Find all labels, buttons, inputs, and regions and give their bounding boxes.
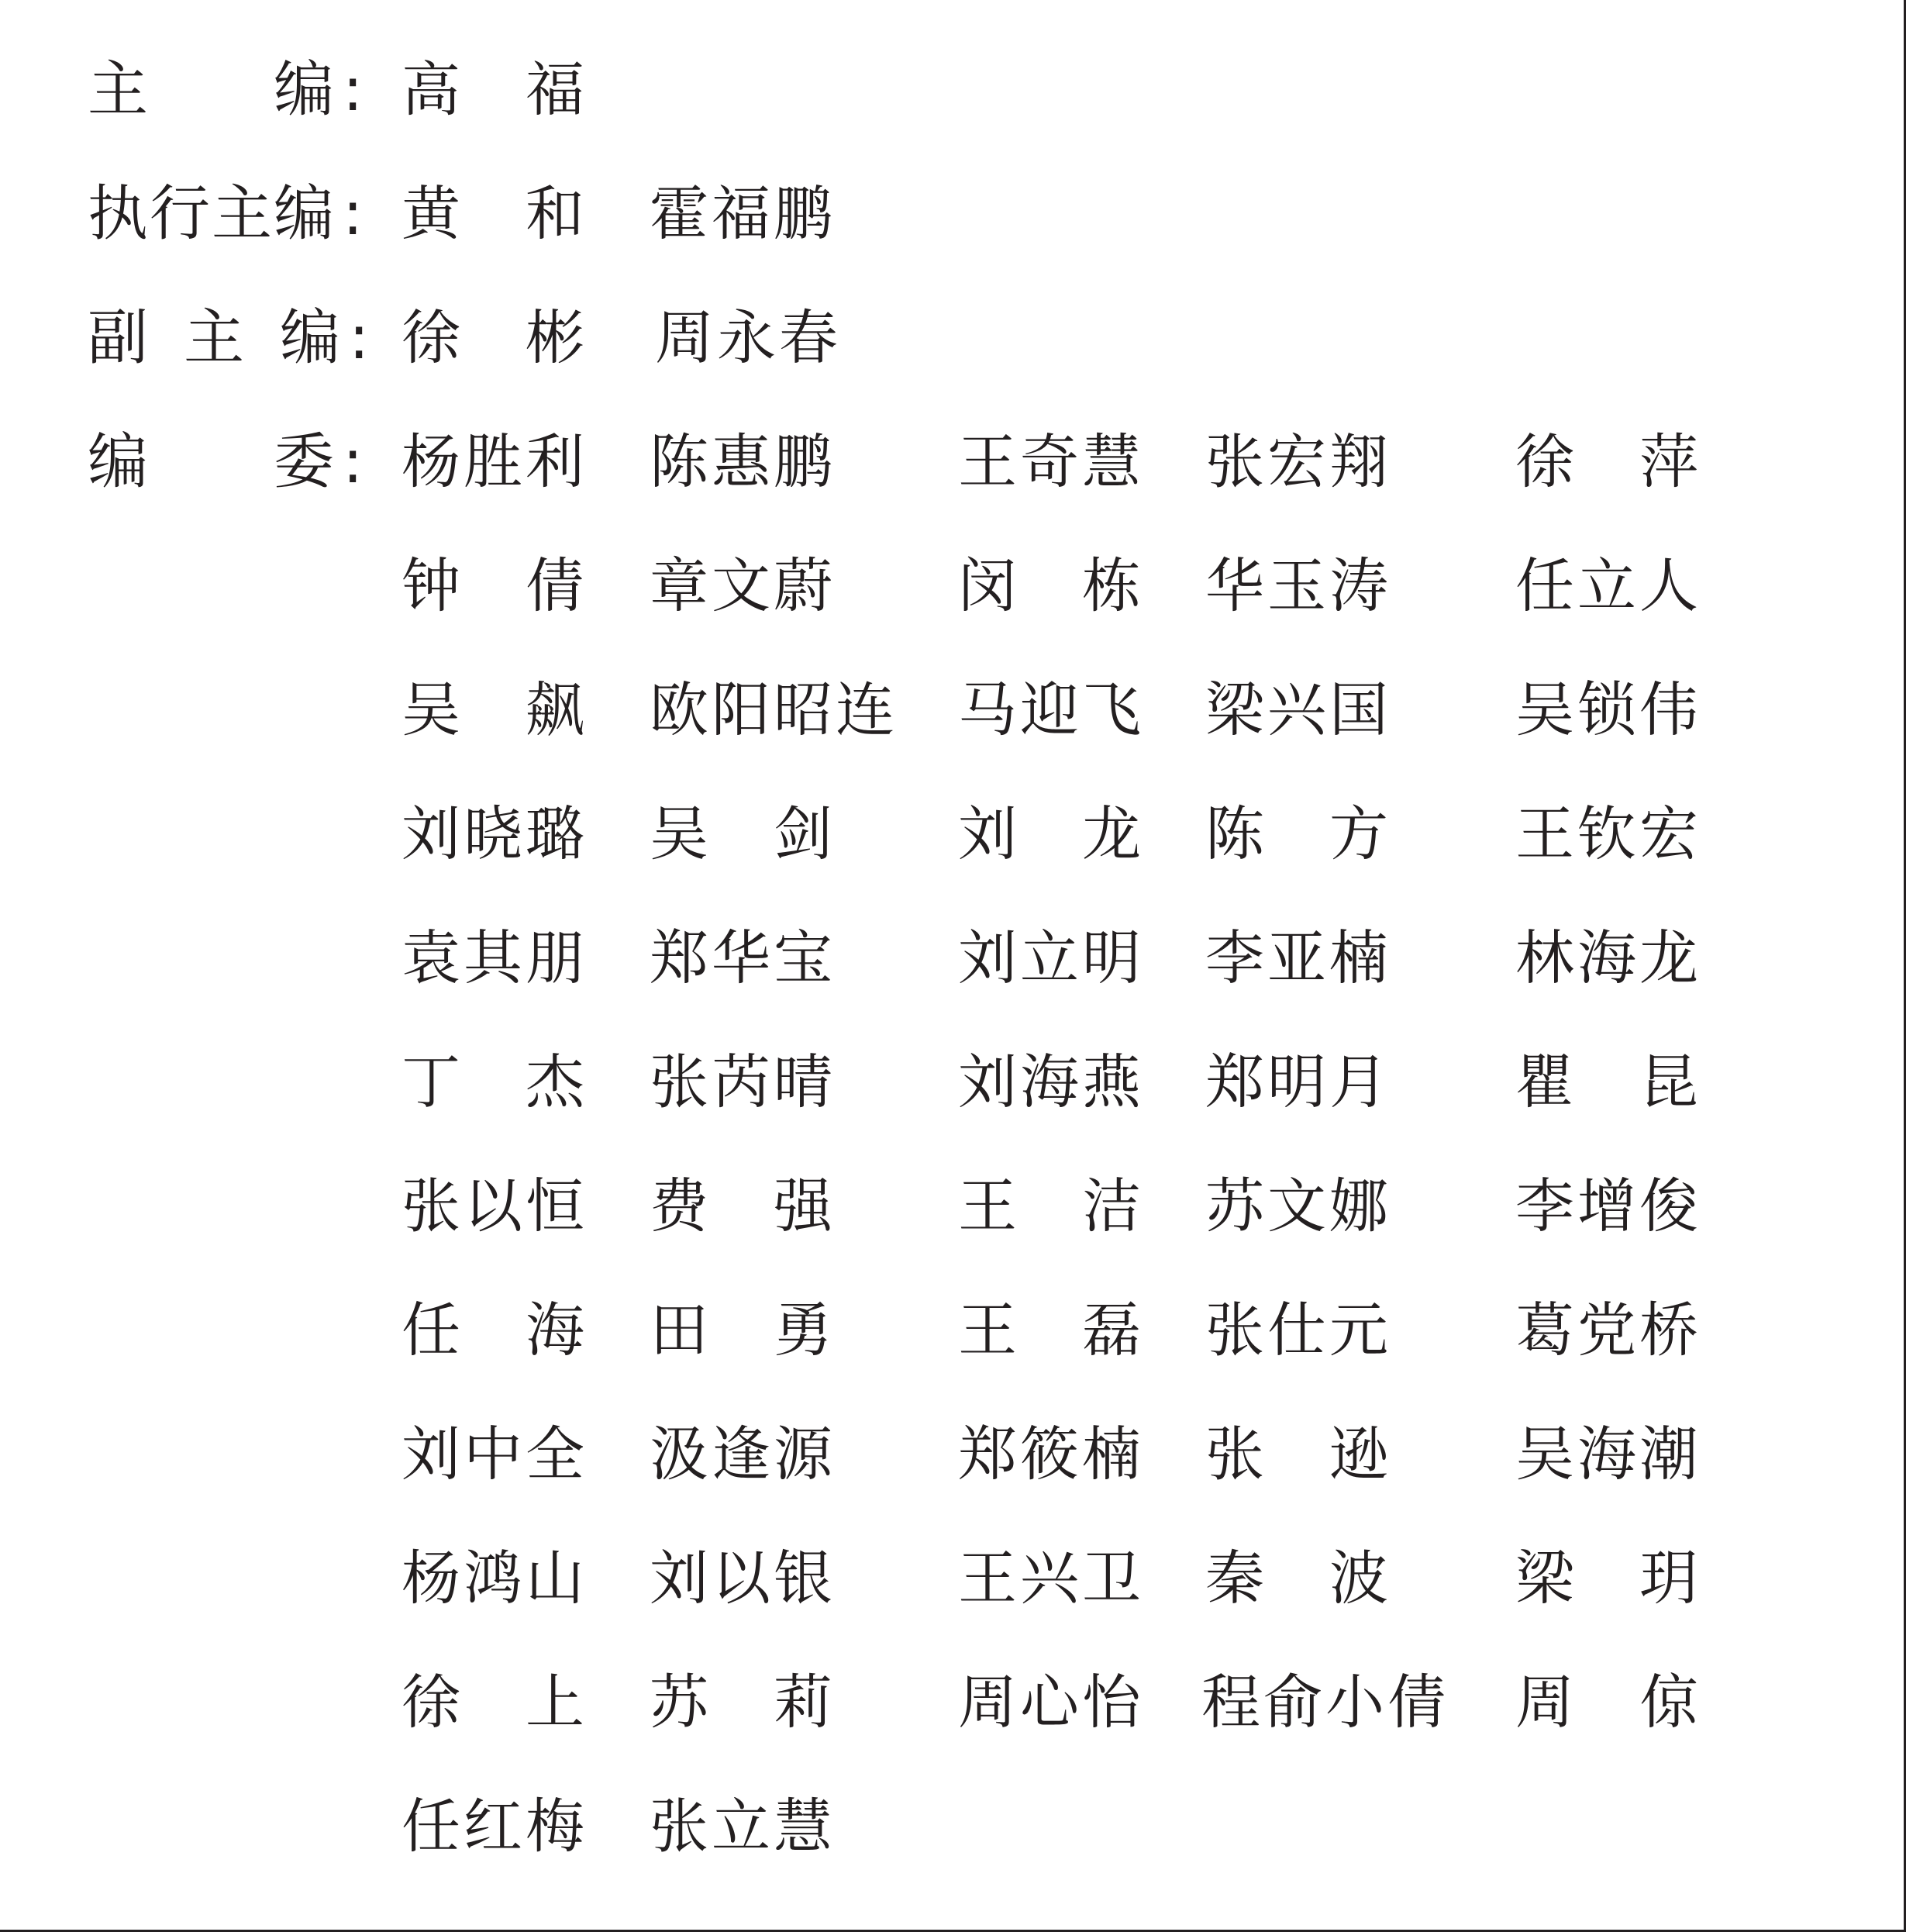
label-char: 主 bbox=[87, 51, 149, 129]
board-member-name: 袁其朋 bbox=[402, 919, 588, 997]
label-char: 编 bbox=[273, 175, 335, 253]
board-member-name: 张立慧 bbox=[650, 1788, 836, 1865]
board-member-name: 费 强 bbox=[650, 1168, 836, 1245]
board-member-name: 章文蔚 bbox=[650, 547, 836, 625]
label-char: 主 bbox=[211, 175, 273, 253]
deputy-chief-editor-name: 徐 彬 bbox=[402, 299, 588, 377]
board-member-name: 刘海燕 bbox=[958, 1044, 1144, 1121]
label-char: 行 bbox=[149, 175, 211, 253]
board-member-name: 梁 玥 bbox=[1515, 1540, 1701, 1617]
board-member-name: 任立人 bbox=[1515, 547, 1701, 625]
board-member-name: 欧阳昭连 bbox=[650, 671, 898, 749]
board-member-name: 王奇慧 bbox=[958, 423, 1144, 501]
label-colon: : bbox=[343, 423, 366, 501]
executive-chief-editor-name: 黄 和 bbox=[402, 175, 588, 253]
board-member-name: 田 勇 bbox=[650, 1292, 836, 1369]
board-member-name: 苏 莉 bbox=[650, 1664, 836, 1741]
board-member-name: 任 海 bbox=[402, 1292, 588, 1369]
board-member-name: 汲逢源 bbox=[650, 1416, 836, 1493]
board-member-name: 陈惠鹏 bbox=[650, 423, 836, 501]
board-member-name: 梁兴国 bbox=[1205, 671, 1391, 749]
board-member-name: 刘 龙 bbox=[958, 795, 1144, 873]
board-member-name: 丁 杰 bbox=[402, 1044, 588, 1121]
board-member-name: 杨鸿山 bbox=[402, 1540, 588, 1617]
board-member-name: 钟 倩 bbox=[402, 547, 588, 625]
board-member-name: 吴锁伟 bbox=[1515, 671, 1701, 749]
board-member-name: 苏文娜 bbox=[1205, 1168, 1391, 1245]
board-member-name: 周心怡 bbox=[958, 1664, 1144, 1741]
board-member-name: 郑明月 bbox=[1205, 1044, 1391, 1121]
deputy-chief-editor-name: 周永春 bbox=[655, 299, 841, 377]
label-char: 主 bbox=[183, 299, 245, 377]
executive-chief-editor-label: 执 行 主 编 : bbox=[87, 175, 366, 253]
board-member-name: 王钦宏 bbox=[1515, 795, 1701, 873]
board-member-name: 郑华宝 bbox=[650, 919, 836, 997]
board-member-name: 徐 萍 bbox=[1515, 423, 1701, 501]
chief-editor-name: 高 福 bbox=[402, 51, 588, 129]
board-member-name: 刘立明 bbox=[958, 919, 1144, 997]
board-member-name: 刘晓璐 bbox=[402, 795, 588, 873]
board-member-name: 葛党桥 bbox=[1515, 1292, 1701, 1369]
label-char: 副 bbox=[87, 299, 149, 377]
deputy-chief-editor-label: 副 主 编 : bbox=[87, 299, 366, 377]
board-member-name: 周 倞 bbox=[1515, 1664, 1701, 1741]
board-member-name: 林海龙 bbox=[1515, 919, 1701, 997]
label-colon: : bbox=[343, 51, 366, 129]
board-member-name: 李增俊 bbox=[1515, 1168, 1701, 1245]
board-member-name: 徐 上 bbox=[402, 1664, 588, 1741]
label-char: 委 bbox=[273, 423, 335, 501]
label-colon: : bbox=[349, 299, 372, 377]
board-member-name: 刘中全 bbox=[402, 1416, 588, 1493]
board-member-name: 闵 栋 bbox=[958, 547, 1144, 625]
board-member-name: 王兴卫 bbox=[958, 1540, 1144, 1617]
board-member-name: 郑筱楠 bbox=[958, 1416, 1144, 1493]
board-member-name: 吴 剑 bbox=[650, 795, 836, 873]
board-member-name: 张 逊 bbox=[1205, 1416, 1391, 1493]
label-char: 编 bbox=[87, 423, 149, 501]
label-colon: : bbox=[343, 175, 366, 253]
board-member-name: 华玉涛 bbox=[1205, 547, 1391, 625]
board-member-name: 李亚楠 bbox=[1205, 919, 1391, 997]
executive-chief-editor-name: 霍福鹏 bbox=[650, 175, 836, 253]
board-member-name: 任红梅 bbox=[402, 1788, 588, 1865]
board-member-name: 张以恒 bbox=[402, 1168, 588, 1245]
chief-editor-label: 主 编 : bbox=[87, 51, 366, 129]
label-char: 编 bbox=[279, 299, 341, 377]
board-member-name: 王 洁 bbox=[958, 1168, 1144, 1245]
board-member-name: 张芮晴 bbox=[650, 1044, 836, 1121]
board-member-name: 吴 飙 bbox=[402, 671, 588, 749]
label-char: 执 bbox=[87, 175, 149, 253]
board-member-name: 王 磊 bbox=[958, 1292, 1144, 1369]
board-member-name: 秦 波 bbox=[1205, 1540, 1391, 1617]
board-member-name: 陈 方 bbox=[1205, 795, 1391, 873]
board-member-name: 吴海潮 bbox=[1515, 1416, 1701, 1493]
board-member-name: 张仕元 bbox=[1205, 1292, 1391, 1369]
board-member-name: 瞿 昆 bbox=[1515, 1044, 1701, 1121]
editorial-credits-page: 主 编 : 高 福 执 行 主 编 : 黄 和 霍福鹏 副 主 编 : 徐 彬 … bbox=[0, 0, 1906, 1932]
board-member-name: 刘以银 bbox=[650, 1540, 836, 1617]
board-member-name: 张宏翔 bbox=[1205, 423, 1391, 501]
board-member-name: 马迎飞 bbox=[958, 671, 1144, 749]
board-member-name: 杨胜利 bbox=[402, 423, 588, 501]
board-member-name: 程俞小倩 bbox=[1201, 1664, 1449, 1741]
editorial-board-label: 编 委 : bbox=[87, 423, 366, 501]
label-char: 编 bbox=[273, 51, 335, 129]
